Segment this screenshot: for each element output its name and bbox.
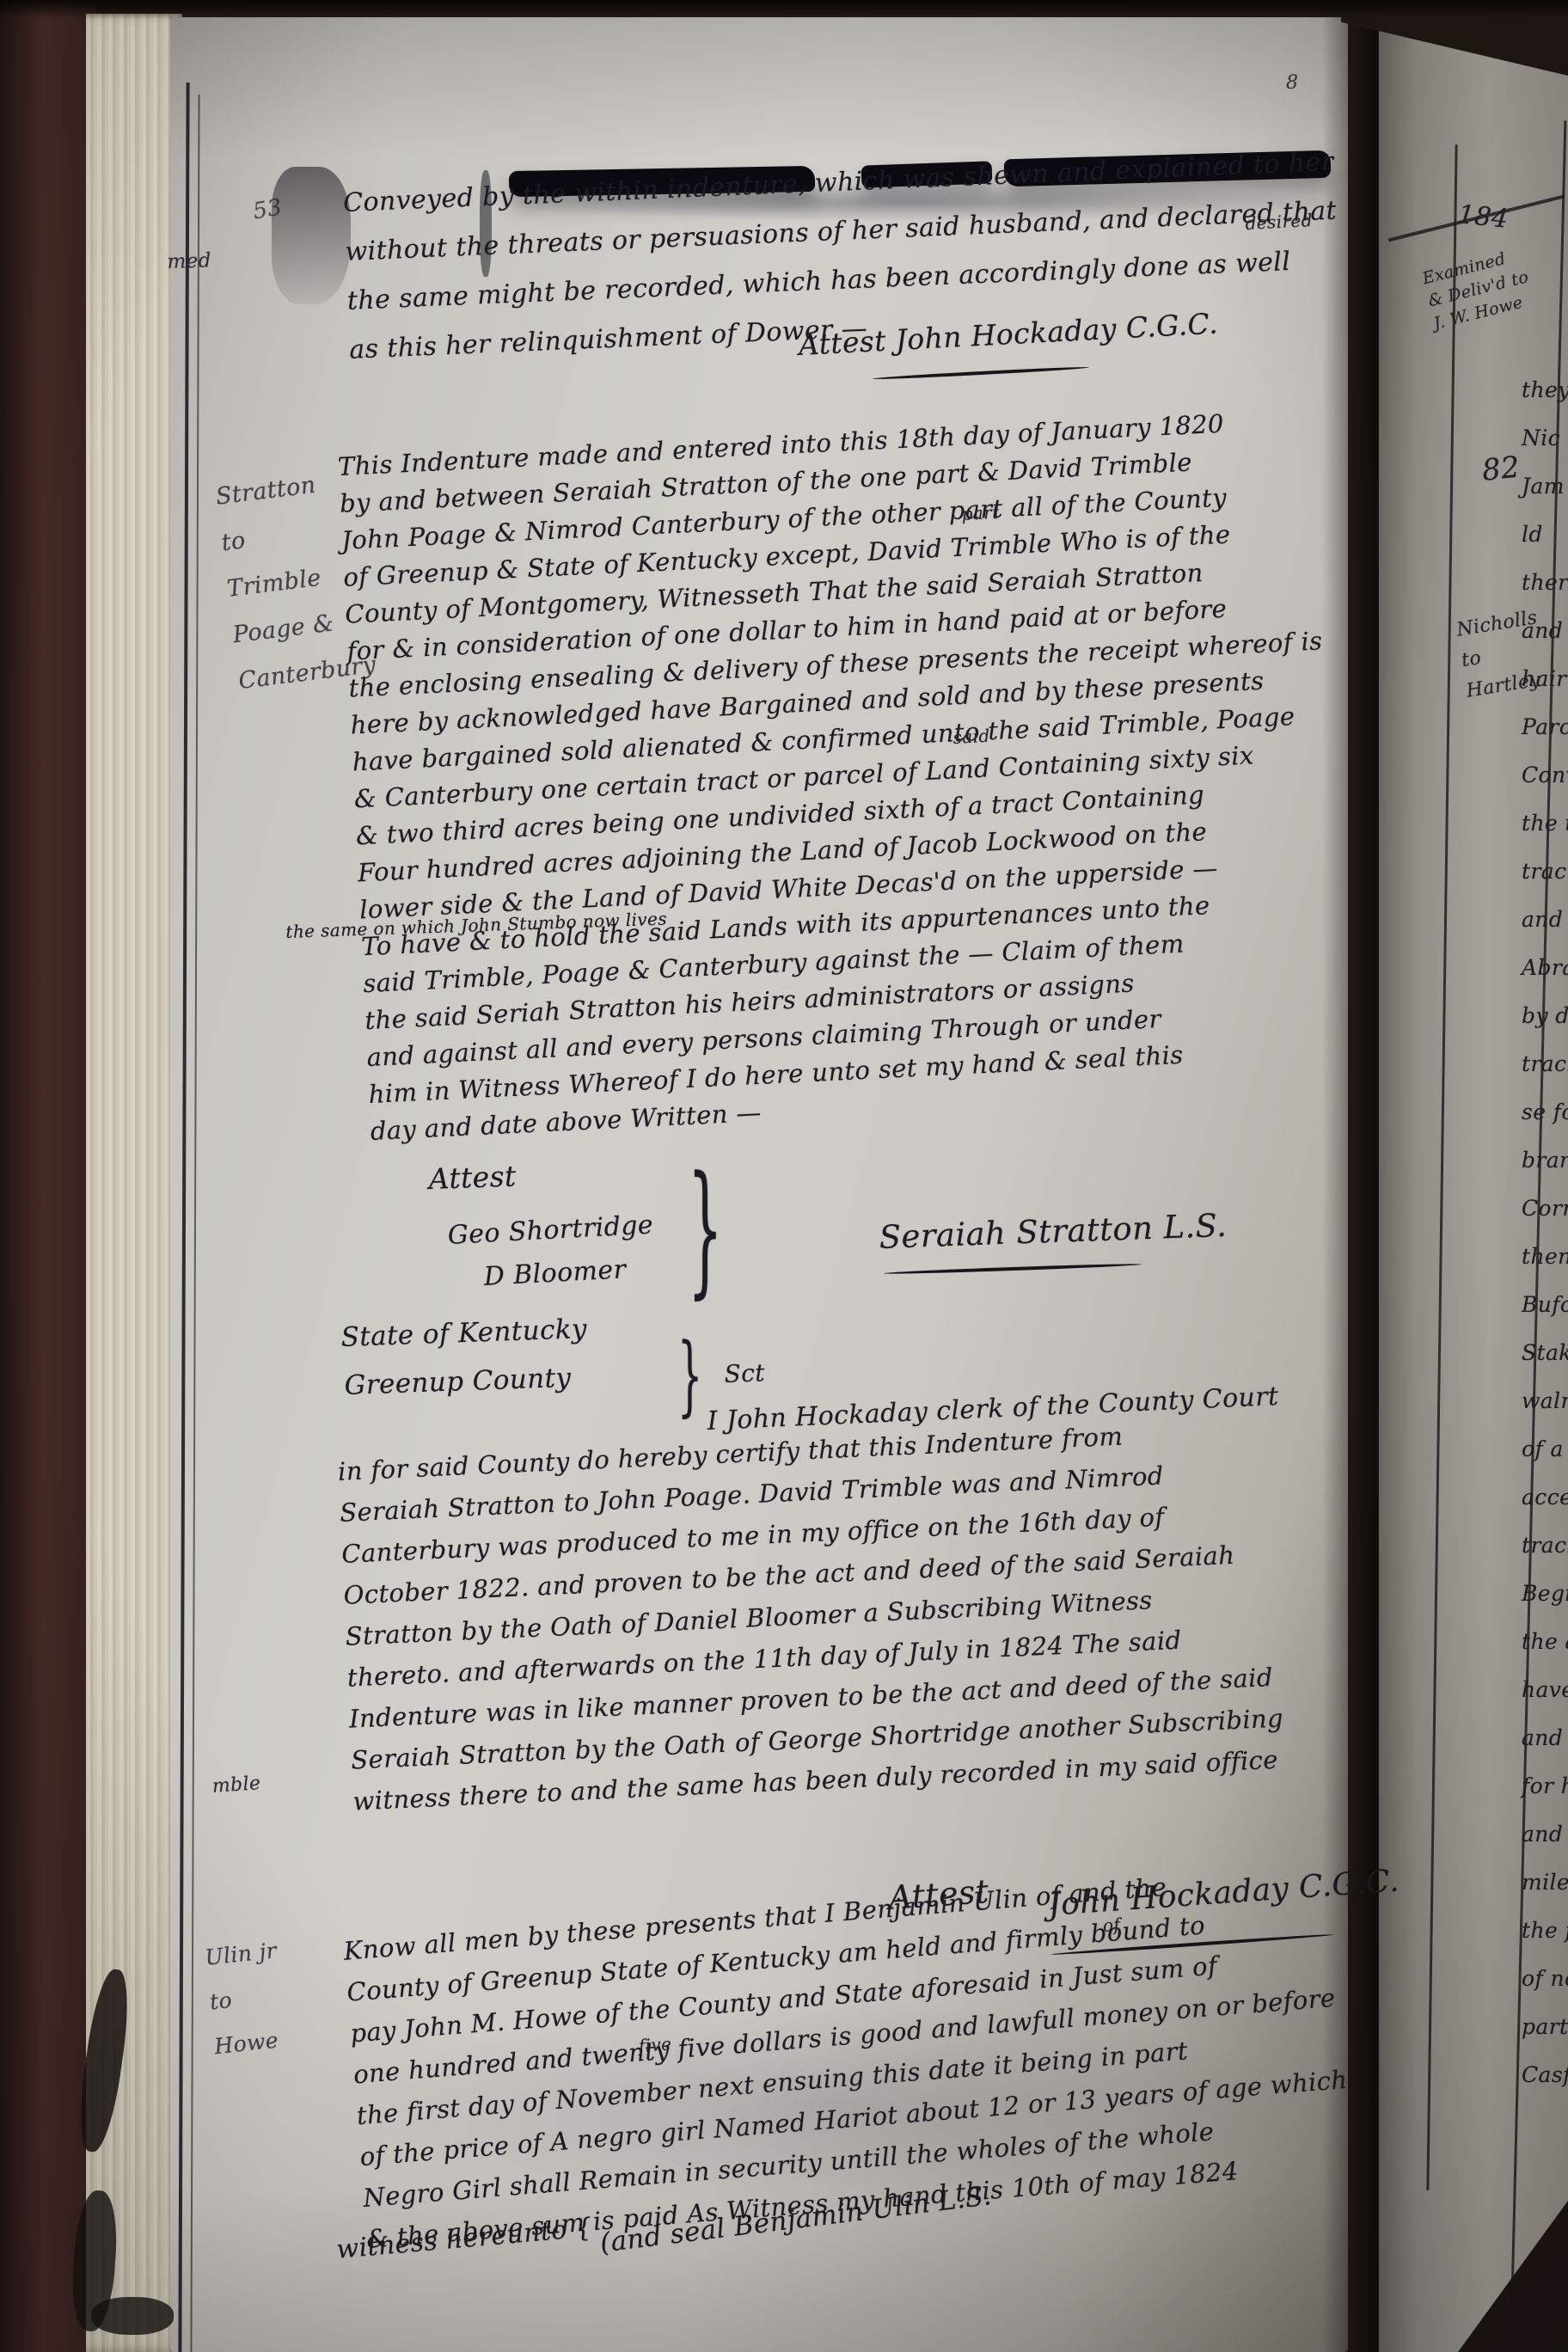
text-fragment: Casfan bbox=[1522, 2051, 1568, 2099]
interlined-word: of bbox=[1102, 1914, 1121, 1936]
edge-ink-smear bbox=[91, 2297, 174, 2335]
certification-brace: } bbox=[677, 1324, 703, 1426]
margin-docket-ulin: Ulin jrtoHowe bbox=[203, 1928, 288, 2069]
witness-brace: } bbox=[688, 1148, 723, 1314]
text-fragment: and c bbox=[1522, 896, 1568, 944]
margin-ink-smudge bbox=[272, 167, 351, 304]
text-fragment: Nic bbox=[1522, 414, 1568, 462]
text-fragment: have a bbox=[1522, 1666, 1568, 1714]
margin-fragment: mble bbox=[211, 1773, 261, 1798]
text-fragment: track bbox=[1522, 1522, 1568, 1570]
interlined-word: said bbox=[952, 726, 990, 748]
docket-line: to bbox=[207, 1973, 284, 2024]
text-fragment: the fa bbox=[1522, 1907, 1568, 1955]
right-page-text-fragments: theyNicJamldtherandhairParcConvethe trtr… bbox=[1522, 366, 1568, 2099]
interlined-word: desired bbox=[1245, 210, 1313, 234]
text-fragment: hair bbox=[1522, 655, 1568, 703]
text-fragment: tract bbox=[1522, 848, 1568, 896]
certification-sct: Sct bbox=[724, 1358, 765, 1388]
text-fragment: Abra bbox=[1522, 944, 1568, 992]
text-fragment: Parc bbox=[1522, 703, 1568, 751]
attest-label: Attest bbox=[428, 1159, 517, 1196]
text-fragment: by d bbox=[1522, 992, 1568, 1040]
text-fragment: mile fe bbox=[1522, 1859, 1568, 1907]
text-fragment: Begins bbox=[1522, 1570, 1568, 1618]
right-page-number: 184 bbox=[1456, 199, 1510, 235]
deed-book-photo: 53 med mble 8 Conveyed by the within ind… bbox=[0, 0, 1568, 2352]
text-fragment: accept bbox=[1522, 1473, 1568, 1522]
text-fragment: se fo bbox=[1522, 1088, 1568, 1136]
text-fragment: ld bbox=[1522, 511, 1568, 559]
text-fragment: branc bbox=[1522, 1136, 1568, 1185]
text-fragment: they bbox=[1522, 366, 1568, 414]
photo-top-shadow bbox=[0, 0, 1568, 19]
book-cover-cloth bbox=[0, 0, 96, 2352]
text-fragment: the tr bbox=[1522, 799, 1568, 848]
docket-line: Howe bbox=[212, 2018, 289, 2069]
text-fragment: Conve bbox=[1522, 751, 1568, 799]
right-page-figure: 82 bbox=[1480, 450, 1522, 487]
corner-mark: 8 bbox=[1286, 72, 1298, 94]
text-fragment: track bbox=[1522, 1040, 1568, 1088]
indenture-paragraph: This Indenture made and entered into thi… bbox=[337, 401, 1345, 1150]
text-fragment: for her bbox=[1522, 1762, 1568, 1810]
text-fragment: Jam bbox=[1522, 462, 1568, 511]
text-fragment: ther bbox=[1522, 559, 1568, 607]
interlined-word: five bbox=[638, 2033, 672, 2056]
text-fragment: of a bbox=[1522, 1425, 1568, 1473]
text-fragment: thenc bbox=[1522, 1233, 1568, 1281]
text-fragment: Corner bbox=[1522, 1185, 1568, 1233]
text-fragment: walnut bbox=[1522, 1377, 1568, 1425]
text-fragment: Buford bbox=[1522, 1281, 1568, 1329]
left-page-number: 53 bbox=[251, 194, 285, 224]
text-fragment: the af bbox=[1522, 1618, 1568, 1666]
text-fragment: part tt bbox=[1522, 2003, 1568, 2051]
margin-fragment: med bbox=[167, 249, 211, 273]
text-fragment: of no bbox=[1522, 1955, 1568, 2003]
docket-line: Ulin jr bbox=[203, 1928, 279, 1980]
text-fragment: and un bbox=[1522, 1714, 1568, 1762]
text-fragment: and bbox=[1522, 607, 1568, 655]
text-fragment: Stake bbox=[1522, 1329, 1568, 1377]
interlined-word: part bbox=[961, 502, 1000, 524]
text-fragment: and wi bbox=[1522, 1810, 1568, 1859]
certification-paragraph: in for said County do hereby certify tha… bbox=[337, 1409, 1286, 1822]
